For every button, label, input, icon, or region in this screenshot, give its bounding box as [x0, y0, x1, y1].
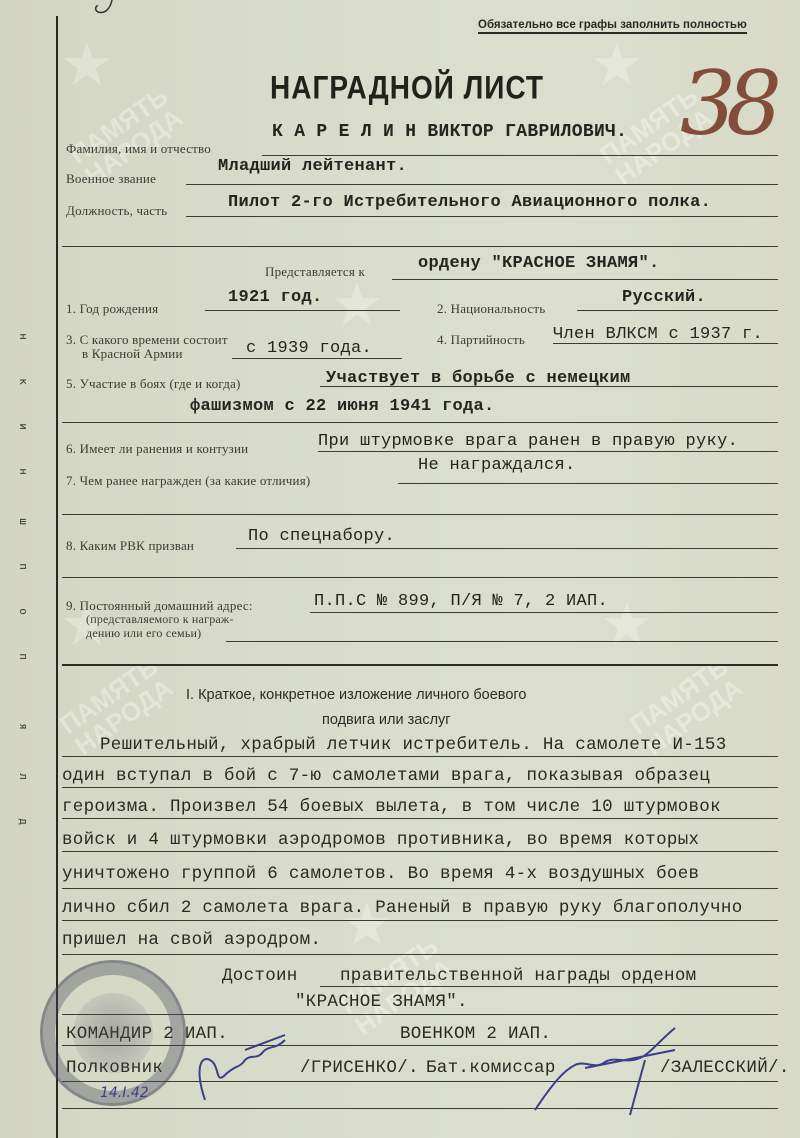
- field-underline: [398, 483, 778, 484]
- section-title-2: подвига или заслуг: [322, 712, 451, 728]
- conclusion-prefix: Достоин: [222, 966, 298, 986]
- wounds-label: 6. Имеет ли ранения и контузии: [66, 441, 248, 457]
- margin-letter: н: [17, 468, 30, 475]
- battles-value-2: фашизмом с 22 июня 1941 года.: [190, 397, 495, 416]
- commander-signature-icon: [185, 1030, 295, 1110]
- star-watermark-icon: ★: [600, 590, 654, 660]
- field-underline: [310, 612, 778, 613]
- conclusion-order: "КРАСНОЕ ЗНАМЯ".: [295, 992, 468, 1012]
- field-underline: [320, 386, 778, 387]
- margin-letter: п: [17, 653, 30, 660]
- star-watermark-icon: ★: [330, 270, 384, 340]
- party-value: Член ВЛКСМ с 1937 г.: [553, 325, 763, 344]
- section-divider: [62, 664, 778, 666]
- field-underline: [62, 514, 778, 515]
- nationality-label: 2. Национальность: [437, 301, 545, 317]
- address-label-3: дению или его семьи): [86, 626, 201, 641]
- margin-line: [56, 16, 58, 1138]
- margin-letter: д: [17, 818, 30, 825]
- narrative-line: уничтожено группой 6 самолетов. Во время…: [62, 864, 699, 884]
- award-sheet-page: ★ ПАМЯТЬНАРОДА ★ ПАМЯТЬНАРОДА ★ ★ ПАМЯТЬ…: [0, 0, 800, 1138]
- address-value: П.П.С № 899, П/Я № 7, 2 ИАП.: [314, 592, 608, 611]
- margin-letter: о: [17, 608, 30, 615]
- star-watermark-icon: ★: [590, 30, 644, 100]
- field-underline: [62, 920, 778, 921]
- field-underline: [62, 954, 778, 955]
- field-underline: [62, 246, 778, 247]
- narrative-line: пришел на свой аэродром.: [62, 930, 321, 950]
- narrative-line: Решительный, храбрый летчик истребитель.…: [100, 735, 727, 755]
- document-title: НАГРАДНОЙ ЛИСТ: [270, 70, 544, 107]
- field-underline: [62, 422, 778, 423]
- commissar-signature-icon: [525, 1020, 695, 1120]
- party-label: 4. Партийность: [437, 332, 525, 348]
- army-since-value: с 1939 года.: [246, 339, 372, 358]
- rank-label: Военное звание: [66, 171, 156, 187]
- previous-awards-label: 7. Чем ранее награжден (за какие отличия…: [66, 473, 310, 489]
- field-underline: [232, 358, 402, 359]
- margin-letter: л: [17, 773, 30, 780]
- margin-letter: я: [17, 723, 30, 730]
- conclusion-line: правительственной награды орденом: [340, 966, 696, 986]
- narrative-line: один вступал в бой с 7-ю самолетами враг…: [62, 766, 710, 786]
- field-underline: [205, 310, 400, 311]
- handwritten-date: 14.I.42: [100, 1085, 149, 1101]
- rank-value: Младший лейтенант.: [218, 157, 407, 176]
- field-underline: [262, 155, 778, 156]
- field-underline: [62, 756, 778, 757]
- field-underline: [62, 818, 778, 819]
- field-underline: [318, 451, 778, 452]
- commander-name: /ГРИСЕНКО/.: [300, 1058, 419, 1078]
- field-underline: [186, 216, 778, 217]
- nominated-for-label: Представляется к: [265, 264, 365, 280]
- stamp-emblem-icon: [73, 993, 153, 1073]
- birth-year-label: 1. Год рождения: [66, 301, 158, 317]
- handwritten-number: 38: [680, 52, 772, 155]
- margin-letter: и: [17, 423, 30, 430]
- field-underline: [236, 548, 778, 549]
- section-title: I. Краткое, конкретное изложение личного…: [186, 687, 526, 703]
- narrative-line: войск и 4 штурмовки аэродромов противник…: [62, 830, 699, 850]
- narrative-line: героизма. Произвел 54 боевых вылета, в т…: [62, 797, 721, 817]
- field-underline: [226, 641, 778, 642]
- narrative-line: лично сбил 2 самолета врага. Раненый в п…: [62, 898, 743, 918]
- position-value: Пилот 2-го Истребительного Авиационного …: [228, 193, 711, 212]
- star-watermark-icon: ★: [60, 30, 114, 100]
- name-label: Фамилия, имя и отчество: [66, 141, 211, 157]
- address-label-2: (представляемого к награж-: [86, 612, 234, 627]
- previous-awards-value: Не награждался.: [418, 456, 576, 475]
- name-value: К А Р Е Л И Н ВИКТОР ГАВРИЛОВИЧ.: [272, 122, 627, 142]
- margin-vertical-text: н к и н ш п о п я л д: [20, 0, 34, 1138]
- margin-letter: н: [17, 333, 30, 340]
- rvk-label: 8. Каким РВК призван: [66, 538, 194, 554]
- field-underline: [62, 787, 778, 788]
- margin-letter: к: [17, 378, 30, 385]
- field-underline: [577, 310, 778, 311]
- wounds-value: При штурмовке врага ранен в правую руку.: [318, 432, 738, 451]
- field-underline: [62, 851, 778, 852]
- rvk-value: По спецнабору.: [248, 527, 395, 546]
- field-underline: [62, 577, 778, 578]
- field-underline: [320, 986, 778, 987]
- birth-year-value: 1921 год.: [228, 288, 323, 307]
- position-label: Должность, часть: [66, 203, 167, 219]
- army-since-label-2: в Красной Армии: [82, 346, 183, 362]
- nationality-value: Русский.: [622, 288, 706, 307]
- field-underline: [392, 279, 778, 280]
- margin-letter: ш: [17, 518, 30, 525]
- field-underline: [62, 888, 778, 889]
- nominated-for-value: ордену "КРАСНОЕ ЗНАМЯ".: [418, 254, 660, 273]
- required-fields-notice: Обязательно все графы заполнить полность…: [478, 19, 747, 34]
- field-underline: [186, 184, 778, 185]
- battles-label: 5. Участие в боях (где и когда): [66, 376, 241, 392]
- pen-mark-icon: [90, 0, 120, 30]
- field-underline: [553, 343, 778, 344]
- margin-letter: п: [17, 563, 30, 570]
